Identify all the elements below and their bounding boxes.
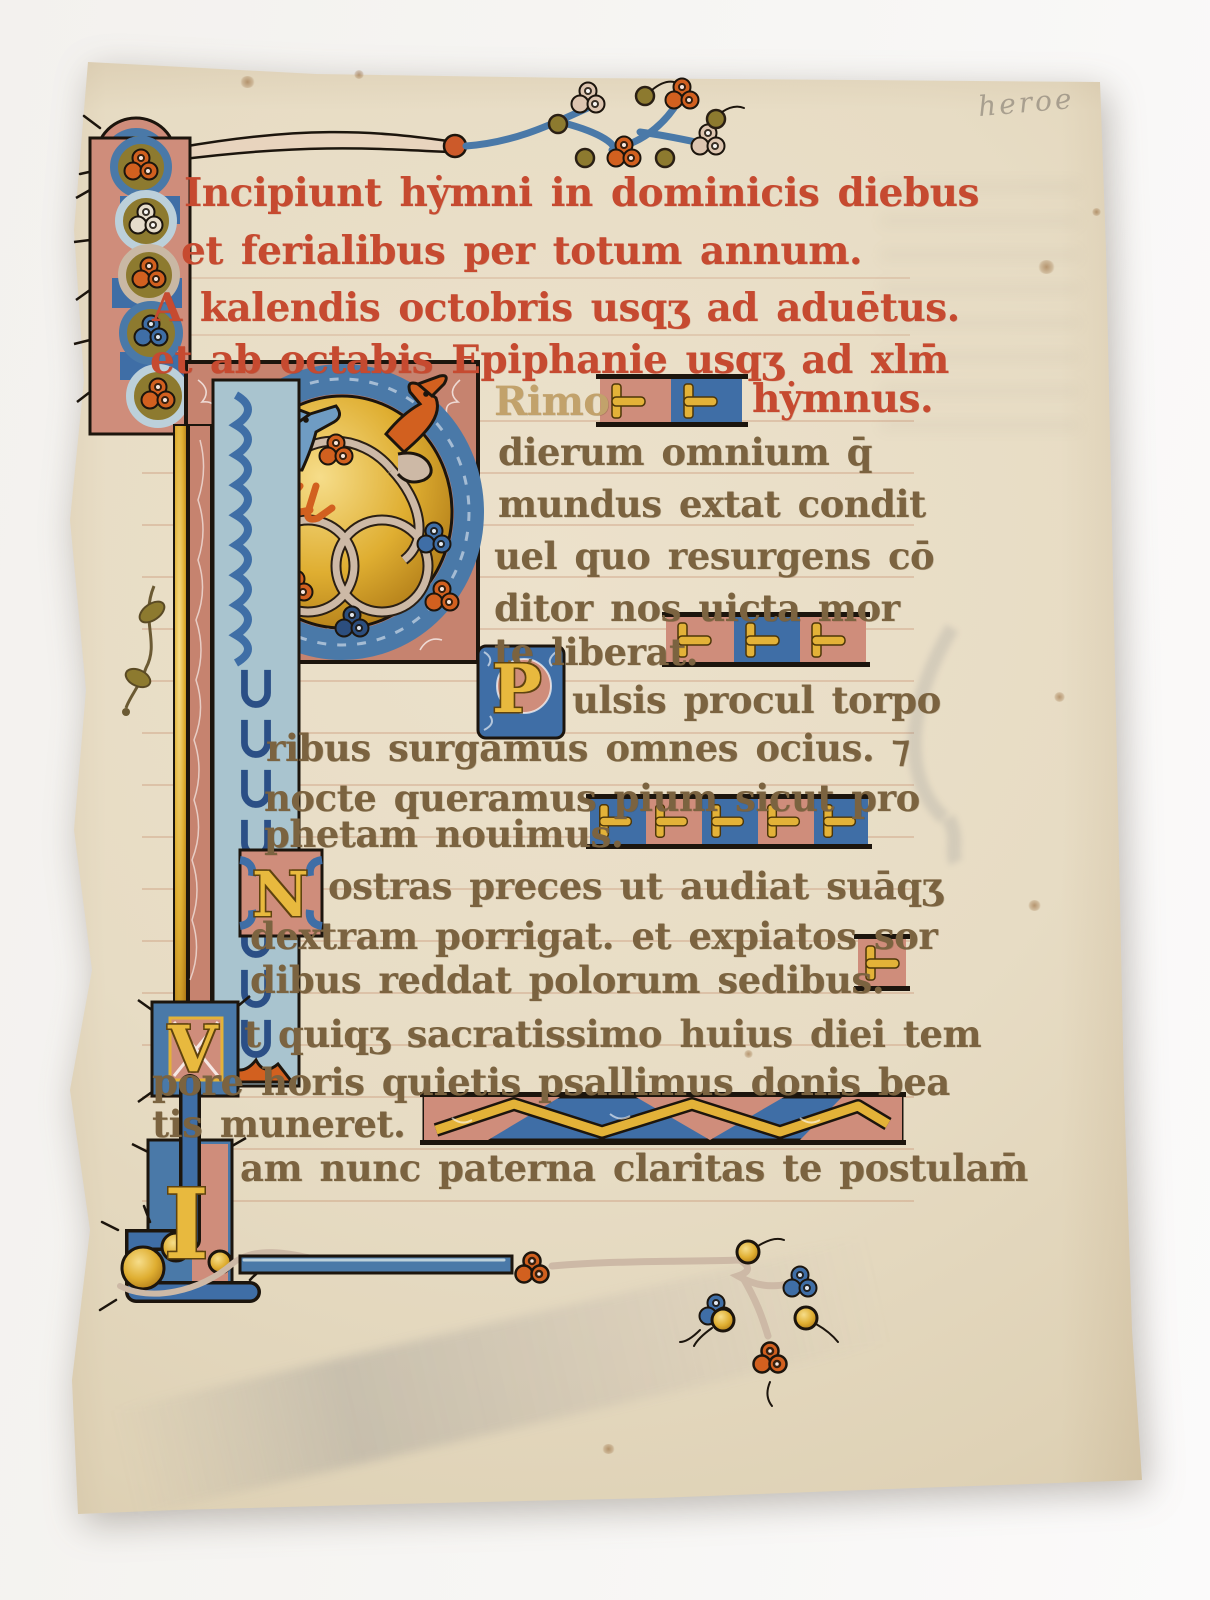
text-line: uel quo resurgens cō	[494, 534, 934, 578]
rubric-line: A kalendis octobris usqʒ ad aduētus.	[152, 285, 960, 331]
hymn-rubric-label: hẏmnus.	[752, 376, 933, 422]
versal-initial-P: P	[492, 650, 542, 728]
text-line: t quiqʒ sacratissimo huius diei tem	[244, 1012, 981, 1056]
hymn-opening-word: Rimo	[494, 378, 609, 425]
foxing-spot	[354, 70, 364, 79]
foxing-spot	[602, 1444, 615, 1454]
text-line: dibus reddat polorum sedibus.	[250, 958, 884, 1002]
text-line: am nunc paterna claritas te postulam̄	[240, 1146, 1028, 1190]
foxing-spot	[240, 76, 255, 88]
rubric-line: et ferialibus per totum annum.	[181, 228, 862, 274]
text-line: ribus surgamus omnes ocius. ⁊	[266, 726, 910, 770]
foxing-spot	[1054, 692, 1065, 702]
foxing-spot	[1092, 208, 1101, 216]
text-line: ostras preces ut audiat suāqʒ	[328, 864, 942, 908]
photograph-of-manuscript-leaf: { "palette": { "parchment": "#e7dcc4", "…	[0, 0, 1210, 1600]
text-line: pore horis quietis psallimus donis bea	[152, 1060, 950, 1104]
rubric-line: Incipiunt hẏmni in dominicis diebus	[184, 170, 979, 216]
text-line: dextram porrigat. et expiatos sor	[250, 914, 937, 958]
text-line: ditor nos uicta mor	[494, 586, 900, 630]
text-line: tis muneret.	[152, 1102, 405, 1146]
text-line: mundus extat condit	[498, 482, 926, 526]
text-line: dierum omnium q̄	[498, 430, 872, 474]
text-line: ulsis procul torpo	[572, 678, 941, 722]
text-line: phetam nouimus.	[264, 812, 623, 856]
foxing-spot	[1028, 900, 1041, 911]
versal-initial-I: I	[164, 1168, 209, 1281]
foxing-spot	[1038, 260, 1055, 274]
